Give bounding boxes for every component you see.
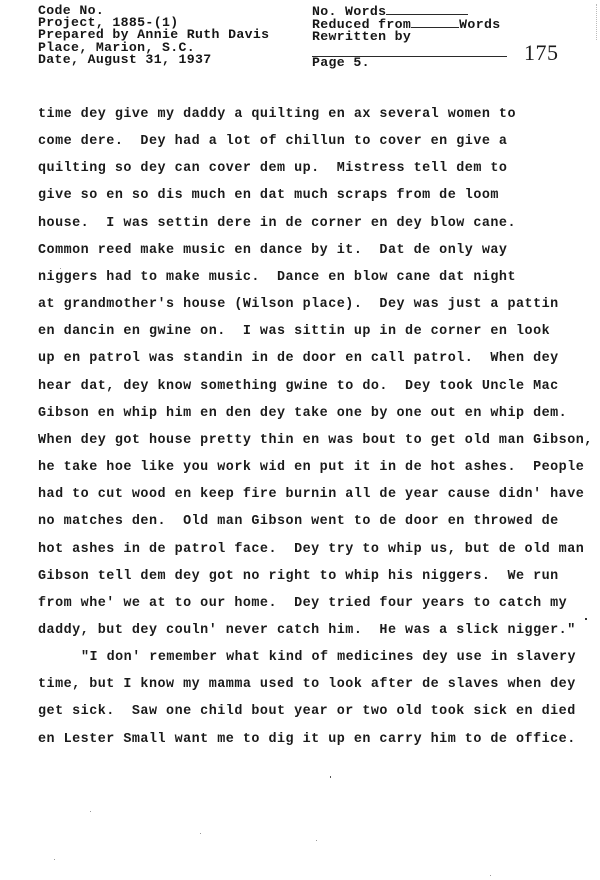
reduced-from-blank bbox=[411, 18, 459, 28]
scan-speck bbox=[54, 859, 55, 860]
transcript-line: hot ashes in de patrol face. Dey try to … bbox=[38, 536, 578, 563]
transcript-line: time dey give my daddy a quilting en ax … bbox=[38, 101, 578, 128]
no-words-blank bbox=[386, 5, 468, 15]
transcript-body: time dey give my daddy a quilting en ax … bbox=[38, 101, 578, 753]
transcript-line: at grandmother's house (Wilson place). D… bbox=[38, 291, 578, 318]
transcript-line: house. I was settin dere in de corner en… bbox=[38, 210, 578, 237]
transcript-line: hear dat, dey know something gwine to do… bbox=[38, 373, 578, 400]
transcript-line: Common reed make music en dance by it. D… bbox=[38, 237, 578, 264]
transcript-line: When dey got house pretty thin en was bo… bbox=[38, 427, 578, 454]
scan-speck bbox=[60, 268, 61, 269]
header-metadata: Code No. Project, 1885-(1) Prepared by A… bbox=[38, 5, 269, 66]
scan-speck bbox=[500, 384, 501, 385]
transcript-line: no matches den. Old man Gibson went to d… bbox=[38, 508, 578, 535]
page-label: Page 5. bbox=[312, 57, 507, 69]
transcript-line: en dancin en gwine on. I was sittin up i… bbox=[38, 318, 578, 345]
scan-speck bbox=[200, 833, 201, 834]
transcript-line: from whe' we at to our home. Dey tried f… bbox=[38, 590, 578, 617]
transcript-line: up en patrol was standin in de door en c… bbox=[38, 345, 578, 372]
transcript-line: quilting so dey can cover dem up. Mistre… bbox=[38, 155, 578, 182]
document-page: Code No. Project, 1885-(1) Prepared by A… bbox=[0, 0, 600, 880]
transcript-line: time, but I know my mamma used to look a… bbox=[38, 671, 578, 698]
transcript-line: daddy, but dey couln' never catch him. H… bbox=[38, 617, 578, 644]
transcript-line: Gibson en whip him en den dey take one b… bbox=[38, 400, 578, 427]
scan-speck bbox=[490, 875, 491, 876]
transcript-line: come dere. Dey had a lot of chillun to c… bbox=[38, 128, 578, 155]
rewritten-by-label: Rewritten by bbox=[312, 31, 507, 43]
page-number: 175 bbox=[524, 40, 559, 66]
transcript-line: en Lester Small want me to dig it up en … bbox=[38, 726, 578, 753]
scan-speck bbox=[330, 776, 331, 778]
scan-speck bbox=[90, 811, 91, 812]
date: Date, August 31, 1937 bbox=[38, 54, 269, 66]
transcript-line: get sick. Saw one child bout year or two… bbox=[38, 698, 578, 725]
transcript-line: Gibson tell dem dey got no right to whip… bbox=[38, 563, 578, 590]
transcript-line: he take hoe like you work wid en put it … bbox=[38, 454, 578, 481]
header-word-count: No. Words Reduced fromWords Rewritten by… bbox=[312, 5, 507, 69]
scan-edge-marks bbox=[596, 4, 598, 40]
transcript-line: had to cut wood en keep fire burnin all … bbox=[38, 481, 578, 508]
transcript-line: "I don' remember what kind of medicines … bbox=[38, 644, 578, 671]
transcript-line: give so en so dis much en dat much scrap… bbox=[38, 182, 578, 209]
scan-speck bbox=[540, 352, 541, 353]
scan-speck bbox=[585, 618, 587, 620]
reduced-words-label: Words bbox=[459, 17, 500, 32]
transcript-line: niggers had to make music. Dance en blow… bbox=[38, 264, 578, 291]
scan-speck bbox=[316, 840, 317, 841]
